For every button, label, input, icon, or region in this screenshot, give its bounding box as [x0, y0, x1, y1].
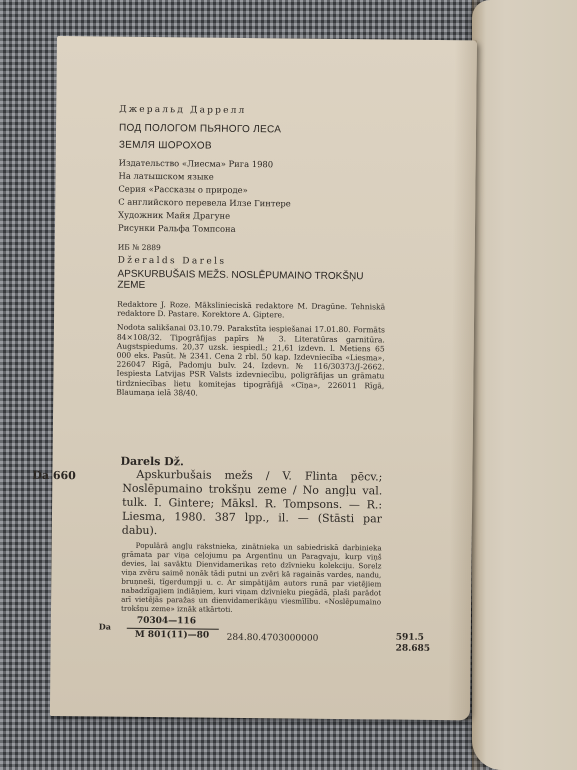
ru-line: Рисунки Ральфа Томпсона	[118, 222, 378, 238]
catalog-index-codes: Da 70304—116 M 801(11)—80 284.80.4703000…	[51, 615, 381, 654]
ru-title-1: ПОД ПОЛОГОМ ПЬЯНОГО ЛЕСА	[119, 123, 379, 137]
ib-number: ИБ № 2889	[118, 243, 386, 255]
udk-2: 28.685	[396, 644, 431, 654]
lv-title: APSKURBUŠAIS MEŽS. NOSLĒPUMAINO TROKŠŅU …	[117, 269, 385, 294]
shelf-code: Da 660	[32, 469, 76, 482]
lv-author: Džeralds Darels	[118, 256, 386, 269]
facing-page	[472, 0, 577, 770]
catalog-card: Darels Dž. Da 660 Apskurbušais mežs / V.…	[51, 454, 383, 654]
catalog-main-entry: Apskurbušais mežs / V. Flinta pēcv.; Nos…	[122, 468, 383, 541]
fraction-top: 70304—116	[137, 616, 196, 627]
print-details: Nodota salikšanai 03.10.79. Parakstīta i…	[116, 323, 385, 399]
ru-title-2: ЗЕМЛЯ ШОРОХОВ	[119, 140, 379, 154]
latvian-imprint: ИБ № 2889 Džeralds Darels APSKURBUŠAIS M…	[116, 243, 386, 405]
book-page: Джеральд Даррелл ПОД ПОЛОГОМ ПЬЯНОГО ЛЕС…	[50, 36, 477, 720]
fraction-prefix: Da	[99, 621, 111, 631]
udk-1: 591.5	[396, 633, 424, 643]
catalog-code: 284.80.4703000000	[227, 633, 319, 644]
catalog-annotation: Populārā angļu rakstnieka, zinātnieka un…	[121, 541, 382, 616]
fraction-bottom: M 801(11)—80	[135, 630, 210, 641]
ru-author: Джеральд Даррелл	[119, 105, 379, 118]
editors: Redaktore J. Roze. Mākslinieciskā redakt…	[117, 300, 385, 321]
russian-imprint: Джеральд Даррелл ПОД ПОЛОГОМ ПЬЯНОГО ЛЕС…	[118, 105, 379, 238]
